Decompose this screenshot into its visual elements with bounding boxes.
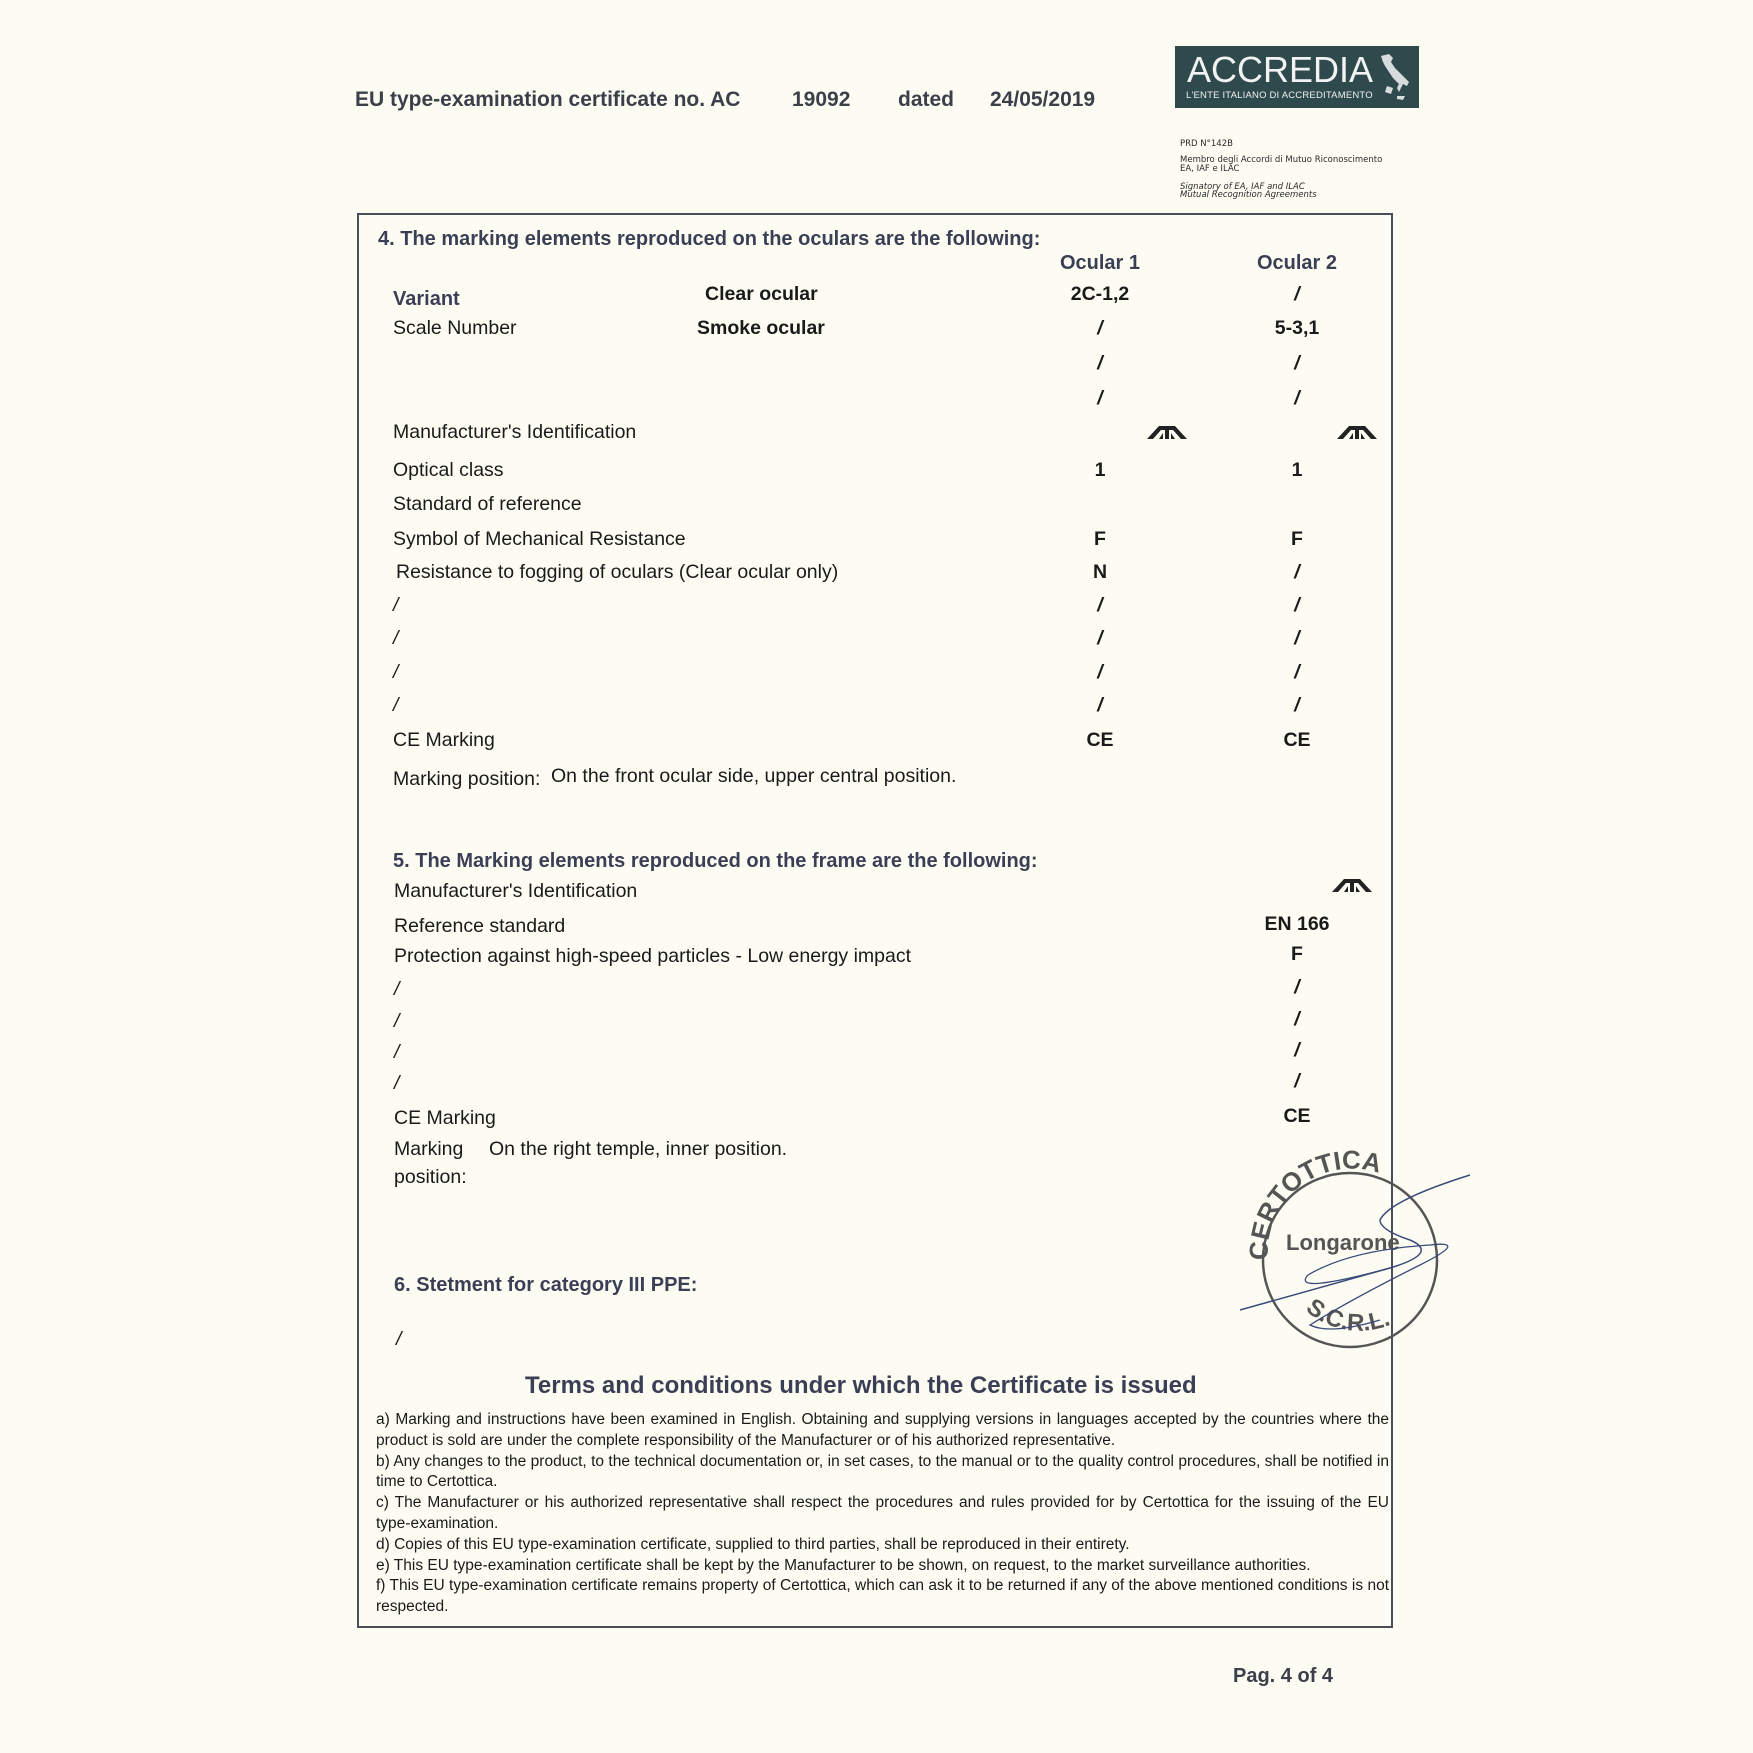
ocular-row-label: /	[393, 694, 398, 717]
ocular2-header: Ocular 2	[1257, 252, 1337, 275]
ocular-cell-o1: 1	[1095, 459, 1106, 482]
variant-label: Variant	[393, 288, 460, 311]
ocular-cell-o2: 1	[1292, 459, 1303, 482]
ocular-cell-o1: /	[1097, 387, 1102, 410]
frame-row-value: EN 166	[1264, 913, 1329, 936]
frame-row-label: Manufacturer's Identification	[394, 880, 637, 903]
manufacturer-logo-o1	[1145, 423, 1189, 441]
frame-row-label: /	[394, 1072, 399, 1095]
frame-row-label: /	[394, 978, 399, 1001]
section5-heading: 5. The Marking elements reproduced on th…	[393, 850, 1038, 873]
frame-row-value: /	[1294, 1070, 1299, 1093]
ocular-row-label: CE Marking	[393, 729, 495, 752]
terms-item: a) Marking and instructions have been ex…	[376, 1410, 1389, 1452]
stamp-bottom-text: S.C.R.L.	[1301, 1293, 1393, 1337]
ocular-cell-o1: N	[1093, 561, 1107, 584]
frame-row-label: CE Marking	[394, 1107, 496, 1130]
certificate-date: 24/05/2019	[990, 88, 1095, 112]
ocular1-header: Ocular 1	[1060, 252, 1140, 275]
scale-number-label: Scale Number	[393, 317, 517, 340]
ocular-cell-o1: /	[1097, 661, 1102, 684]
ocular-cell-o2: /	[1294, 594, 1299, 617]
manufacturer-logo-icon	[1330, 876, 1374, 894]
ocular-cell-o2: F	[1291, 528, 1303, 551]
certottica-stamp: CERTOTTICA Longarone S.C.R.L.	[1230, 1150, 1480, 1350]
terms-item: f) This EU type-examination certificate …	[376, 1576, 1389, 1618]
ocular-row-label: Standard of reference	[393, 493, 582, 516]
ocular-cell-o2: /	[1294, 387, 1299, 410]
ocular-cell-o1: CE	[1086, 729, 1113, 752]
ocular-cell-o2: CE	[1283, 729, 1310, 752]
frame-marking-position-label-2: position:	[394, 1166, 467, 1189]
marking-position-value: On the front ocular side, upper central …	[551, 765, 956, 788]
ocular-cell-o1: /	[1097, 317, 1102, 340]
ocular-cell-o1: /	[1097, 352, 1102, 375]
frame-marking-position-label-1: Marking	[394, 1138, 463, 1161]
stamp-center-text: Longarone	[1286, 1230, 1400, 1255]
ocular-cell-o2: /	[1294, 352, 1299, 375]
frame-row-label: Protection against high-speed particles …	[394, 945, 911, 968]
variant-clear: Clear ocular	[705, 283, 818, 306]
page-number: Pag. 4 of 4	[1233, 1665, 1333, 1688]
ocular-cell-o2: /	[1294, 661, 1299, 684]
frame-row-label: Reference standard	[394, 915, 565, 938]
marking-position-label: Marking position:	[393, 768, 540, 791]
accredia-membership-2: EA, IAF e ILAC	[1180, 165, 1239, 174]
terms-item: b) Any changes to the product, to the te…	[376, 1452, 1389, 1494]
frame-row-value: /	[1294, 976, 1299, 999]
frame-marking-position-value: On the right temple, inner position.	[489, 1138, 787, 1161]
ocular-cell-o2: 5-3,1	[1275, 317, 1319, 340]
terms-item: d) Copies of this EU type-examination ce…	[376, 1535, 1389, 1556]
ocular-row-label: Optical class	[393, 459, 504, 482]
ocular-row-label: /	[393, 661, 398, 684]
certificate-number: 19092	[792, 88, 850, 112]
frame-row-label: /	[394, 1010, 399, 1033]
ocular-cell-o2: /	[1294, 283, 1299, 306]
frame-manufacturer-logo	[1330, 876, 1374, 894]
ocular-cell-o1: /	[1097, 627, 1102, 650]
terms-list: a) Marking and instructions have been ex…	[376, 1410, 1389, 1618]
accredia-logo: ACCREDIA L'ENTE ITALIANO DI ACCREDITAMEN…	[1175, 46, 1419, 108]
ocular-cell-o1: F	[1094, 528, 1106, 551]
italy-map-icon	[1377, 52, 1411, 102]
variant-smoke: Smoke ocular	[697, 317, 825, 340]
section6-value: /	[396, 1328, 401, 1351]
section6-heading: 6. Stetment for category III PPE:	[394, 1274, 697, 1297]
svg-text:S.C.R.L.: S.C.R.L.	[1301, 1293, 1393, 1337]
ocular-cell-o1: /	[1097, 594, 1102, 617]
frame-row-value: /	[1294, 1008, 1299, 1031]
accredia-subtitle: L'ENTE ITALIANO DI ACCREDITAMENTO	[1186, 90, 1373, 101]
manufacturer-logo-o2	[1335, 423, 1379, 441]
frame-row-value: CE	[1283, 1105, 1310, 1128]
dated-label: dated	[898, 88, 954, 112]
accredia-name: ACCREDIA	[1187, 49, 1373, 91]
ocular-cell-o2: /	[1294, 561, 1299, 584]
accredia-prd: PRD N°142B	[1180, 140, 1233, 149]
ocular-row-label: Resistance to fogging of oculars (Clear …	[396, 561, 838, 584]
ocular-cell-o2: /	[1294, 694, 1299, 717]
certificate-title: EU type-examination certificate no. AC	[355, 88, 740, 112]
ocular-cell-o1: /	[1097, 694, 1102, 717]
ocular-row-label: /	[393, 627, 398, 650]
frame-row-label: /	[394, 1041, 399, 1064]
manufacturer-logo-icon	[1145, 423, 1189, 441]
ocular-row-label: Manufacturer's Identification	[393, 421, 636, 444]
ocular-row-label: Symbol of Mechanical Resistance	[393, 528, 686, 551]
ocular-cell-o2: /	[1294, 627, 1299, 650]
frame-row-value: F	[1291, 943, 1303, 966]
manufacturer-logo-icon	[1335, 423, 1379, 441]
accredia-signatory-2: Mutual Recognition Agreements	[1180, 191, 1317, 200]
terms-item: c) The Manufacturer or his authorized re…	[376, 1493, 1389, 1535]
ocular-row-label: /	[393, 594, 398, 617]
frame-row-value: /	[1294, 1039, 1299, 1062]
terms-title: Terms and conditions under which the Cer…	[525, 1372, 1197, 1400]
terms-item: e) This EU type-examination certificate …	[376, 1556, 1389, 1577]
section4-heading: 4. The marking elements reproduced on th…	[378, 228, 1040, 251]
ocular-cell-o1: 2C-1,2	[1071, 283, 1130, 306]
